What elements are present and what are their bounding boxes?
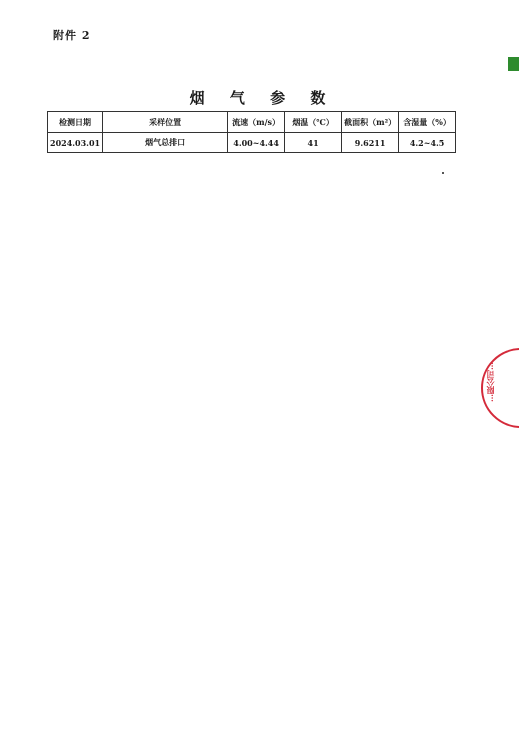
flue-gas-parameters-table: 检测日期 采样位置 流速（m/s） 烟温（℃） 截面积（m²） 含湿量（%） 2… — [47, 111, 456, 153]
header-sampling-location: 采样位置 — [103, 112, 228, 133]
cell-flue-temperature: 41 — [285, 133, 342, 153]
table-header-row: 检测日期 采样位置 流速（m/s） 烟温（℃） 截面积（m²） 含湿量（%） — [48, 112, 456, 133]
green-page-marker — [508, 57, 519, 71]
cell-cross-section-area: 9.6211 — [342, 133, 399, 153]
header-detection-date: 检测日期 — [48, 112, 103, 133]
attachment-label: 附件 2 — [53, 27, 90, 43]
document-title: 烟 气 参 数 — [0, 87, 519, 108]
header-flue-temperature: 烟温（℃） — [285, 112, 342, 133]
header-flow-velocity: 流速（m/s） — [228, 112, 285, 133]
cell-detection-date: 2024.03.01 — [48, 133, 103, 153]
table-row: 2024.03.01 烟气总排口 4.00~4.44 41 9.6211 4.2… — [48, 133, 456, 153]
cell-moisture-content: 4.2~4.5 — [399, 133, 456, 153]
header-moisture-content: 含湿量（%） — [399, 112, 456, 133]
cell-sampling-location: 烟气总排口 — [103, 133, 228, 153]
cell-flow-velocity: 4.00~4.44 — [228, 133, 285, 153]
scan-speck — [442, 172, 444, 174]
header-cross-section-area: 截面积（m²） — [342, 112, 399, 133]
seal-text: …限公司… — [484, 362, 504, 402]
